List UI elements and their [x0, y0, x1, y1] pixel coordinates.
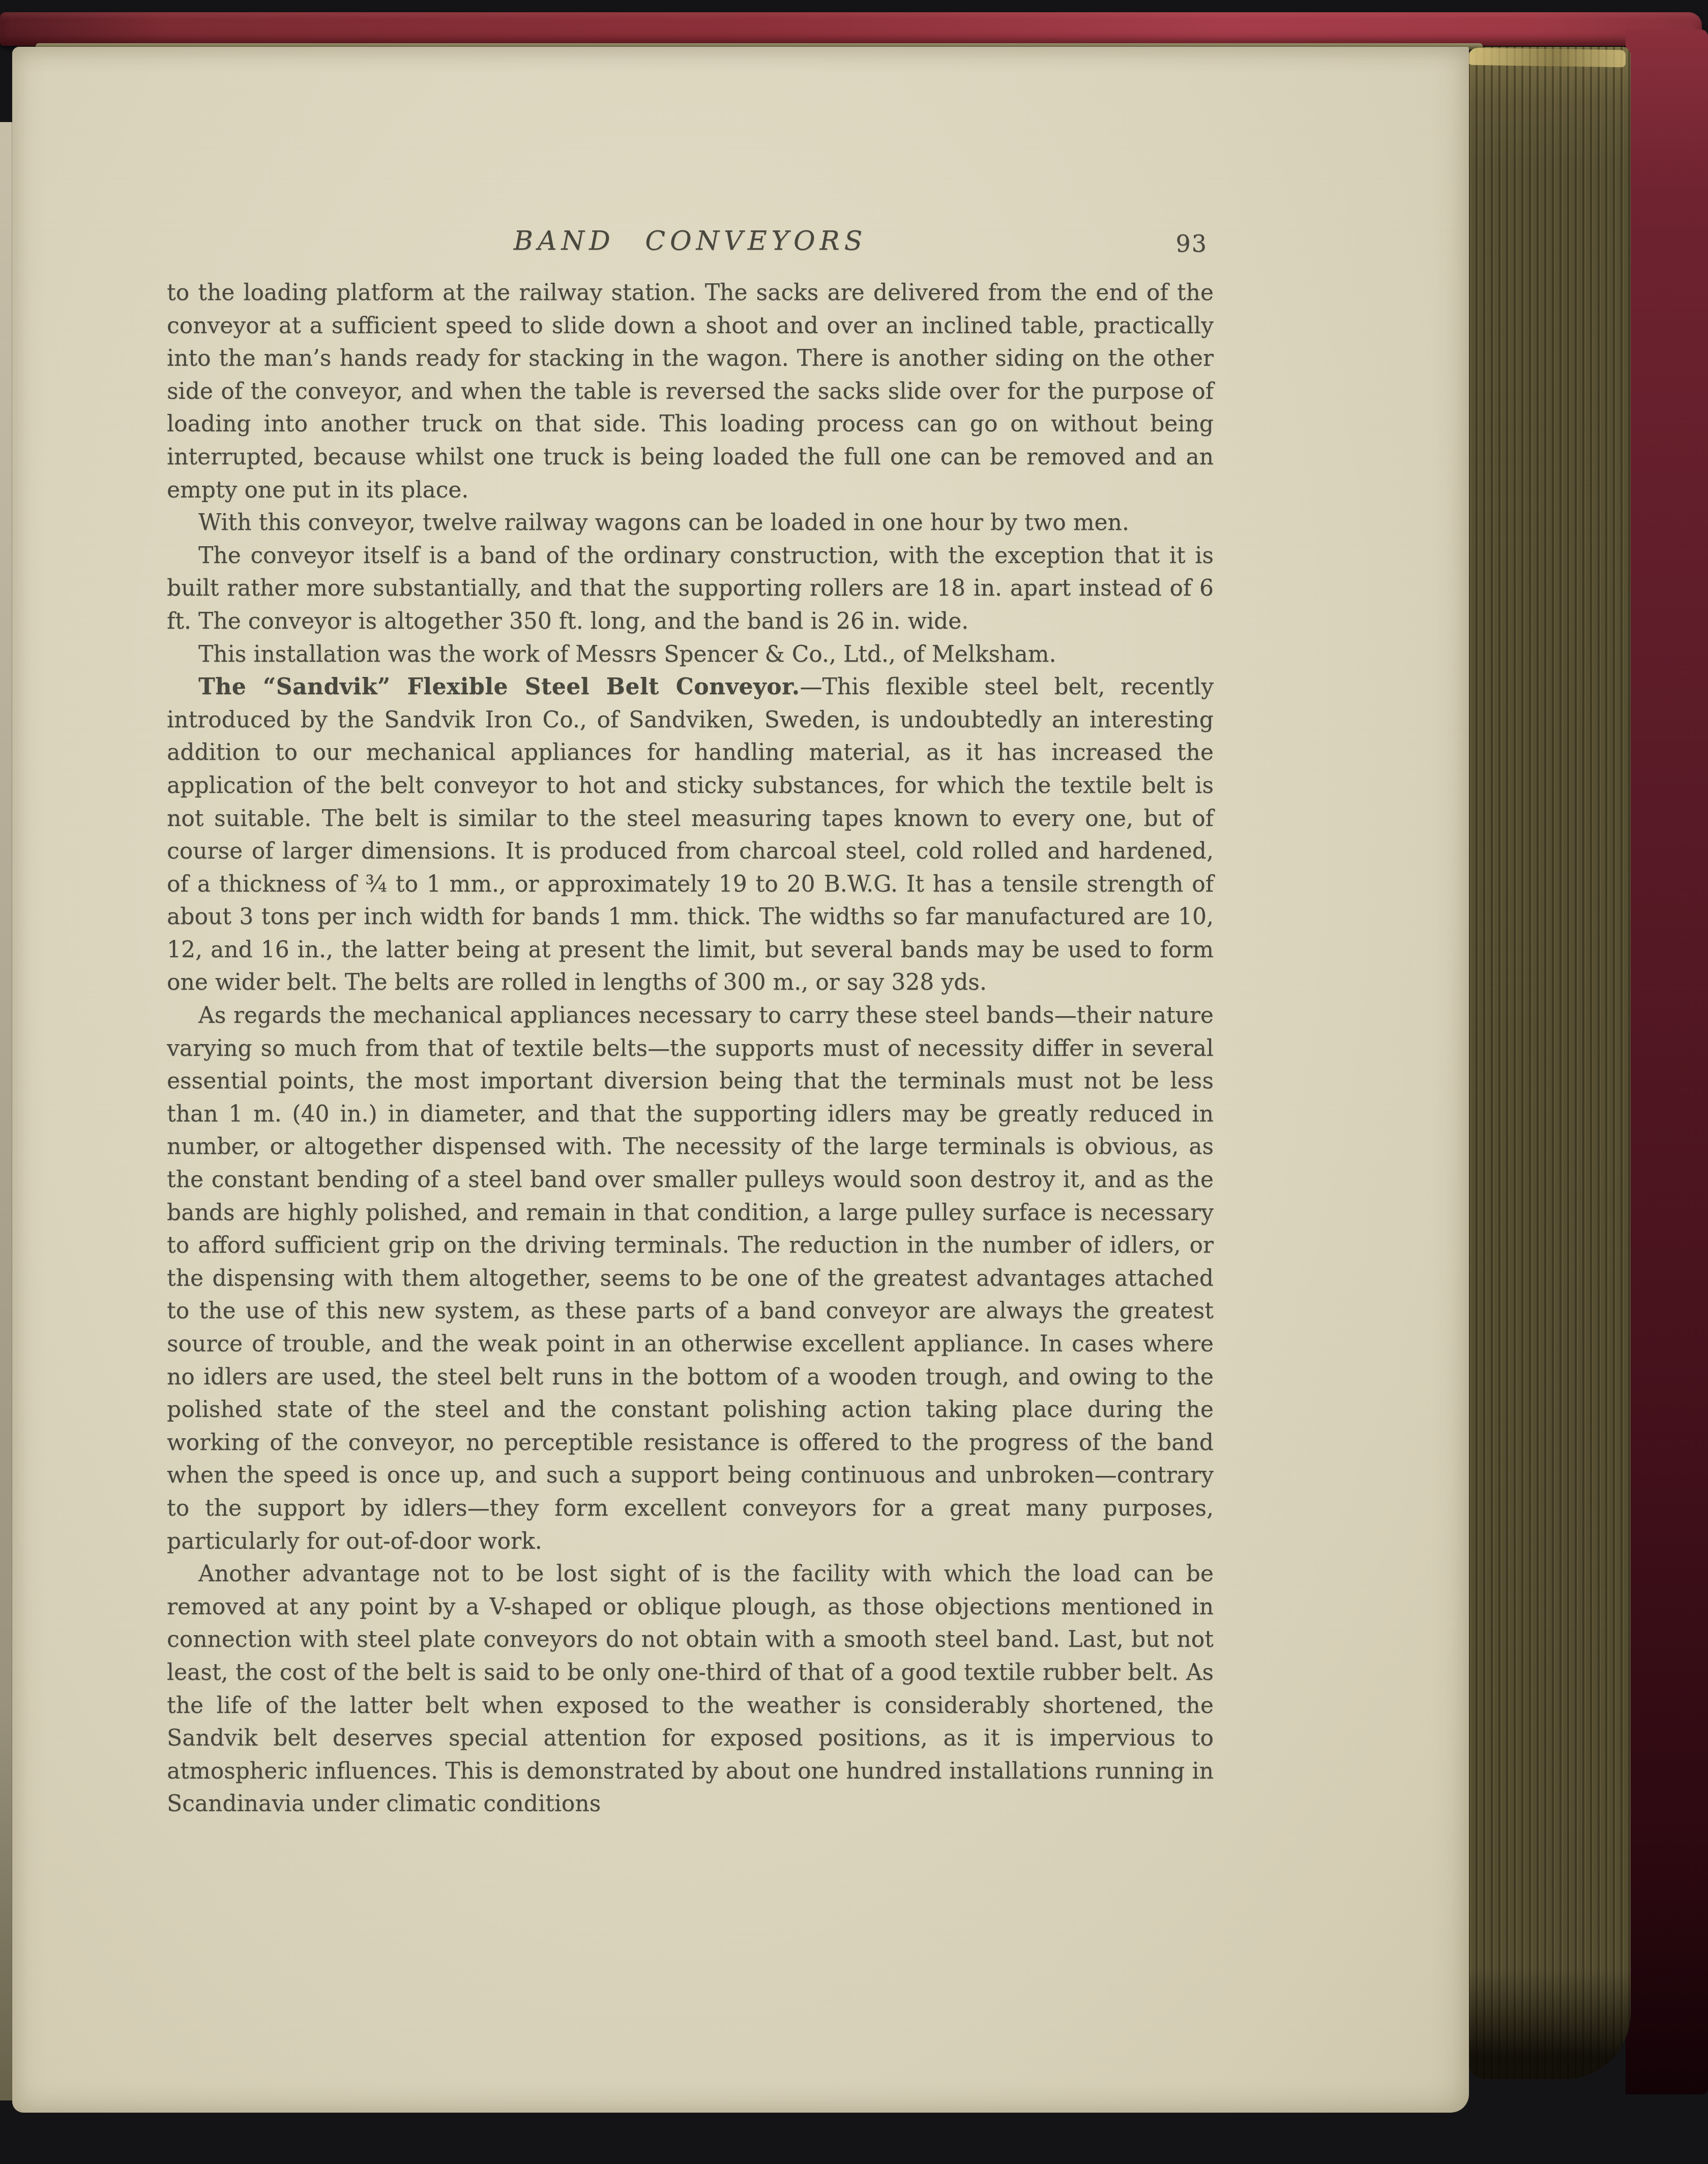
paragraph: This installation was the work of Messrs…: [167, 638, 1214, 671]
paragraph-text: to the loading platform at the railway s…: [167, 280, 1214, 503]
paragraph-text: Another advantage not to be lost sight o…: [167, 1561, 1214, 1817]
page-block-fore-edge: [1468, 47, 1631, 2079]
paragraph-text: As regards the mechanical appliances nec…: [167, 1002, 1214, 1554]
paragraph: The “Sandvik” Flexible Steel Belt Convey…: [167, 671, 1214, 999]
paragraph-text: The conveyor itself is a band of the ord…: [167, 543, 1214, 634]
paragraph-text: With this conveyor, twelve railway wagon…: [198, 510, 1129, 536]
book-cover-right-edge: [1626, 29, 1708, 2094]
page-body-text: to the loading platform at the railway s…: [167, 277, 1214, 1821]
page-number: 93: [1175, 230, 1208, 257]
running-header: BAND CONVEYORS 93: [167, 226, 1214, 262]
paragraph: The conveyor itself is a band of the ord…: [167, 540, 1214, 638]
paragraph: to the loading platform at the railway s…: [167, 277, 1214, 507]
running-header-title: BAND CONVEYORS: [167, 226, 1214, 256]
paragraph-text: —This flexible steel belt, recently intr…: [167, 674, 1214, 995]
paragraph: As regards the mechanical appliances nec…: [167, 999, 1214, 1558]
book-page: BAND CONVEYORS 93 to the loading platfor…: [12, 47, 1469, 2113]
book-cover-top-edge: [0, 12, 1702, 46]
paragraph-text: This installation was the work of Messrs…: [198, 641, 1056, 667]
scanned-book-photo: BAND CONVEYORS 93 to the loading platfor…: [0, 0, 1708, 2164]
paragraph: With this conveyor, twelve railway wagon…: [167, 507, 1214, 540]
paragraph-bold-lead: The “Sandvik” Flexible Steel Belt Convey…: [198, 674, 800, 700]
paragraph: Another advantage not to be lost sight o…: [167, 1558, 1214, 1821]
